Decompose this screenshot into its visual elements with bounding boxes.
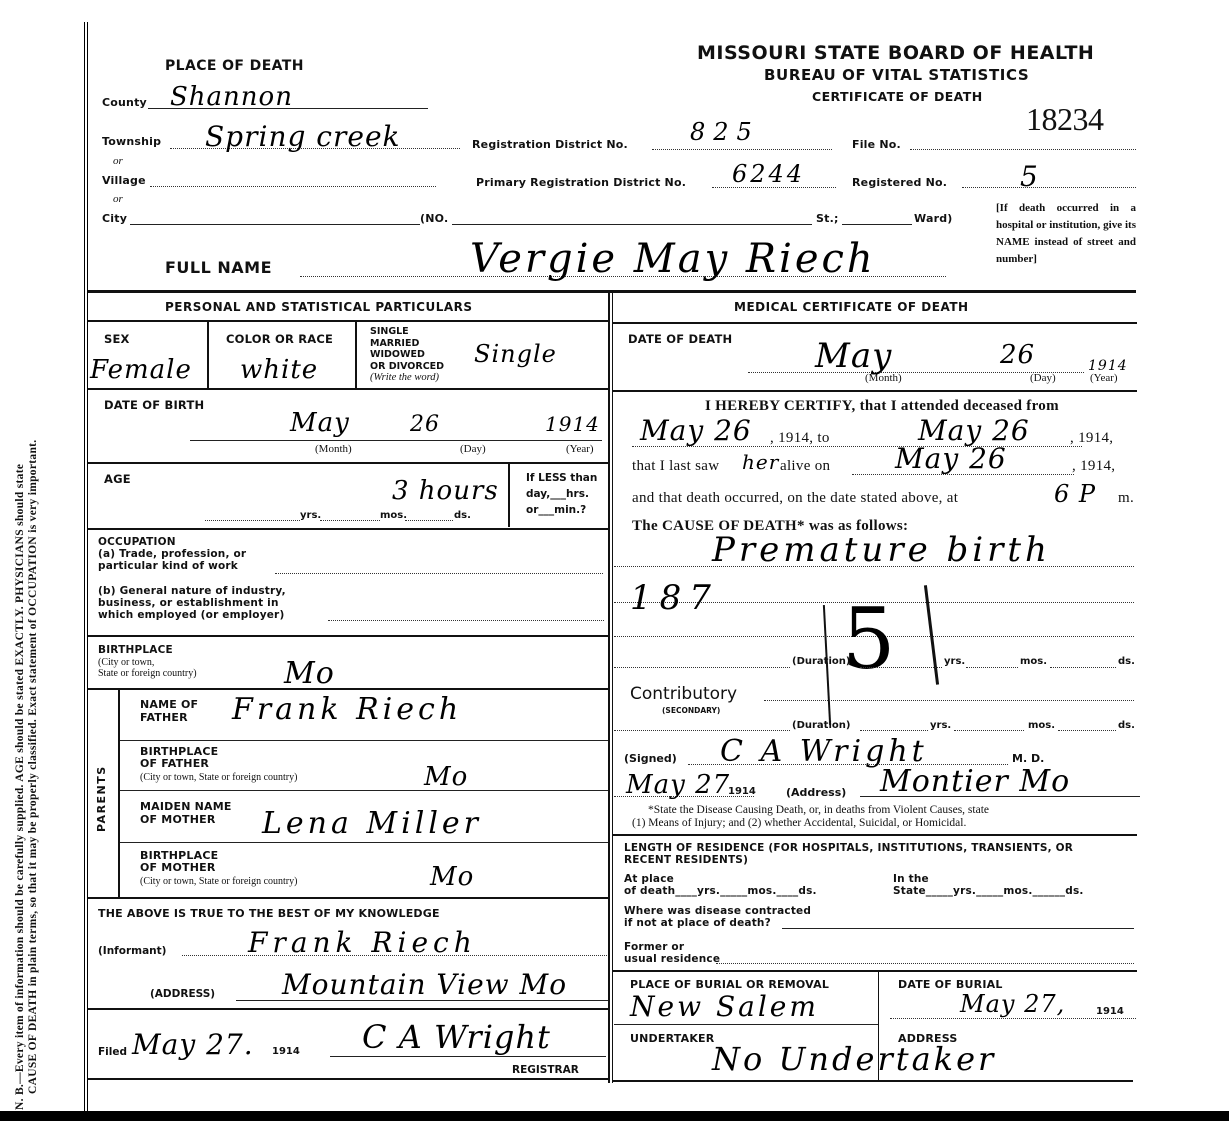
mother-label-1: MAIDEN NAME <box>140 800 232 813</box>
ward-label: Ward) <box>914 212 953 225</box>
signed-label: (Signed) <box>624 752 677 765</box>
if-less-line-2: day,___hrs. <box>526 486 597 502</box>
dob-month-hint: (Month) <box>315 443 352 455</box>
margin-code-mark: 187 <box>630 578 719 618</box>
marital-status-field[interactable]: Single <box>474 340 557 368</box>
hospital-instruction-note: [If death occurred in a hospital or inst… <box>996 200 1136 268</box>
registered-no-label: Registered No. <box>852 176 947 189</box>
township-label: Township <box>102 135 161 148</box>
age-ds-label: ds. <box>454 510 471 521</box>
contracted-label-1: Where was disease contracted <box>624 905 811 917</box>
margin-instructions-line-2: CAUSE OF DEATH in plain terms, so that i… <box>27 30 40 1110</box>
county-label: County <box>102 96 147 109</box>
mother-birthplace-label: BIRTHPLACE OF MOTHER <box>140 850 218 874</box>
father-label-2: FATHER <box>140 711 198 724</box>
registration-district-label: Registration District No. <box>472 138 628 151</box>
street-label: St.; <box>816 212 839 225</box>
industry-labels: (b) General nature of industry, business… <box>98 585 286 621</box>
at-place-label-1: At place <box>624 873 817 885</box>
if-less-line-3: or___min.? <box>526 502 597 518</box>
father-label-1: NAME OF <box>140 698 198 711</box>
cause-footnote-line-1: *State the Disease Causing Death, or, in… <box>632 804 989 817</box>
attestation-text: THE ABOVE IS TRUE TO THE BEST OF MY KNOW… <box>98 907 440 920</box>
occupation-a-line-2: particular kind of work <box>98 560 246 572</box>
dob-year-hint: (Year) <box>566 443 594 455</box>
village-label: Village <box>102 174 146 187</box>
attended-from-year: , 1914, to <box>770 430 830 447</box>
township-field[interactable]: Spring creek <box>205 120 400 153</box>
cause-of-death-field[interactable]: Premature birth <box>712 530 1051 570</box>
physician-address-label: (Address) <box>786 786 846 799</box>
in-state-label-2: State_____yrs._____mos.______ds. <box>893 885 1084 897</box>
attended-to-year: , 1914, <box>1070 430 1113 447</box>
marital-status-labels: SINGLE MARRIED WIDOWED OR DIVORCED (Writ… <box>370 326 444 384</box>
occupation-labels: OCCUPATION (a) Trade, profession, or par… <box>98 536 246 572</box>
last-saw-date-field[interactable]: May 26 <box>895 442 1007 475</box>
marital-married-label: MARRIED <box>370 338 444 350</box>
marital-hint: (Write the word) <box>370 372 444 384</box>
duration-yrs-label: yrs. <box>944 656 965 667</box>
filed-label: Filed <box>98 1046 127 1058</box>
dob-day-hint: (Day) <box>460 443 486 455</box>
if-less-than-day-note: If LESS than day,___hrs. or___min.? <box>526 470 597 518</box>
informant-address-field[interactable]: Mountain View Mo <box>282 968 567 1001</box>
father-bp-label-2: OF FATHER <box>140 758 218 770</box>
residence-at-place[interactable]: At place of death____yrs._____mos.____ds… <box>624 873 817 897</box>
father-birthplace-field[interactable]: Mo <box>424 762 468 792</box>
former-label-2: usual residence <box>624 953 720 965</box>
physician-sign-date-field[interactable]: May 27 <box>626 770 730 800</box>
last-saw-prefix: that I last saw <box>632 458 719 475</box>
parents-section-label: PARENTS <box>95 765 108 832</box>
occupation-title: OCCUPATION <box>98 536 246 548</box>
residence-length-title: LENGTH OF RESIDENCE (FOR HOSPITALS, INST… <box>624 842 1073 866</box>
certificate-number: 18234 <box>1026 101 1104 138</box>
former-residence-field[interactable] <box>716 963 1134 964</box>
full-name-label: FULL NAME <box>165 258 272 277</box>
burial-date-field[interactable]: May 27, <box>960 990 1065 1018</box>
duration-label: (Duration) <box>792 656 850 667</box>
place-of-death-title: PLACE OF DEATH <box>165 58 304 74</box>
birthplace-field[interactable]: Mo <box>284 656 335 691</box>
primary-registration-field[interactable]: 6244 <box>732 160 805 188</box>
medical-certificate-title: MEDICAL CERTIFICATE OF DEATH <box>734 300 969 314</box>
death-occurred-text: and that death occurred, on the date sta… <box>632 490 958 507</box>
margin-instructions-line-1: N. B.—Every item of information should b… <box>14 30 27 1110</box>
mother-bp-label-2: OF MOTHER <box>140 862 218 874</box>
contributory-mos-label: mos. <box>1028 720 1055 731</box>
sex-field[interactable]: Female <box>90 355 192 385</box>
birthplace-hint: (City or town, State or foreign country) <box>98 657 197 679</box>
disease-contracted-field[interactable] <box>782 928 1134 929</box>
agency-title: MISSOURI STATE BOARD OF HEALTH <box>697 42 1094 64</box>
dod-year-hint: (Year) <box>1090 372 1118 384</box>
registrar-label: REGISTRAR <box>512 1064 579 1076</box>
mother-birthplace-field[interactable]: Mo <box>430 862 474 892</box>
margin-instructions: N. B.—Every item of information should b… <box>14 30 40 1110</box>
bureau-title: BUREAU OF VITAL STATISTICS <box>764 66 1029 84</box>
duration-ds-label: ds. <box>1118 656 1135 667</box>
filed-year: 1914 <box>272 1046 300 1057</box>
death-time-suffix: m. <box>1118 490 1134 507</box>
contributory-duration-label: (Duration) <box>792 720 850 731</box>
street-no-label: (NO. <box>420 212 448 225</box>
contributory-label: Contributory <box>630 684 737 704</box>
form-title: CERTIFICATE OF DEATH <box>812 89 983 104</box>
birthplace-label: BIRTHPLACE <box>98 644 173 656</box>
at-place-label-2: of death____yrs._____mos.____ds. <box>624 885 817 897</box>
birthplace-hint-1: (City or town, <box>98 657 197 668</box>
race-label: COLOR OR RACE <box>226 332 333 346</box>
occupation-a-line-1: (a) Trade, profession, or <box>98 548 246 560</box>
age-label: AGE <box>104 472 131 486</box>
mother-label-2: OF MOTHER <box>140 813 232 826</box>
marital-widowed-label: WIDOWED <box>370 349 444 361</box>
dod-label: DATE OF DEATH <box>628 332 732 346</box>
former-label-1: Former or <box>624 941 720 953</box>
residence-title-1: LENGTH OF RESIDENCE (FOR HOSPITALS, INST… <box>624 842 1073 854</box>
father-birthplace-hint: (City or town, State or foreign country) <box>140 772 297 783</box>
undertaker-label: UNDERTAKER <box>630 1032 714 1045</box>
mother-birthplace-hint: (City or town, State or foreign country) <box>140 876 297 887</box>
left-border-rule <box>84 22 88 1112</box>
scan-bottom-edge <box>0 1111 1229 1121</box>
dod-month-field[interactable]: May <box>815 336 892 376</box>
contributory-ds-label: ds. <box>1118 720 1135 731</box>
sex-label: SEX <box>104 332 130 346</box>
personal-particulars-title: PERSONAL AND STATISTICAL PARTICULARS <box>165 300 473 314</box>
dod-month-hint: (Month) <box>865 372 902 384</box>
county-field[interactable]: Shannon <box>170 82 293 112</box>
dob-month-field[interactable]: May <box>290 408 350 438</box>
registrar-signature[interactable]: C A Wright <box>362 1018 551 1056</box>
or-label: or <box>113 155 123 167</box>
circled-classification-code: 5 <box>842 590 896 688</box>
certify-statement: I HEREBY CERTIFY, that I attended deceas… <box>705 398 1059 415</box>
dod-day-field[interactable]: 26 <box>1000 340 1035 370</box>
last-saw-pronoun-field[interactable]: her <box>742 450 779 474</box>
marital-divorced-label: OR DIVORCED <box>370 361 444 373</box>
registered-no-field[interactable]: 5 <box>1020 160 1039 193</box>
if-less-line-1: If LESS than <box>526 470 597 486</box>
last-saw-mid: alive on <box>780 458 830 475</box>
dob-year-field[interactable]: 1914 <box>545 412 600 436</box>
registration-district-field[interactable]: 825 <box>690 118 760 146</box>
last-saw-year: , 1914, <box>1072 458 1115 475</box>
full-name-field[interactable]: Vergie May Riech <box>470 236 876 282</box>
race-field[interactable]: white <box>240 355 318 385</box>
industry-line-2: business, or establishment in <box>98 597 286 609</box>
burial-year: 1914 <box>1096 1006 1124 1017</box>
residence-in-state[interactable]: In the State_____yrs._____mos.______ds. <box>893 873 1084 897</box>
age-mos-label: mos. <box>380 510 407 521</box>
age-field[interactable]: 3 hours <box>392 476 499 506</box>
file-no-label: File No. <box>852 138 901 151</box>
industry-line-1: (b) General nature of industry, <box>98 585 286 597</box>
father-name-label: NAME OF FATHER <box>140 698 198 724</box>
dod-day-hint: (Day) <box>1030 372 1056 384</box>
physician-sign-year: 1914 <box>728 786 756 797</box>
burial-place-field[interactable]: New Salem <box>630 990 819 1023</box>
cause-footnote-line-2: (1) Means of Injury; and (2) whether Acc… <box>632 817 989 830</box>
in-state-label-1: In the <box>893 873 1084 885</box>
residence-title-2: RECENT RESIDENTS) <box>624 854 1073 866</box>
mother-maiden-name-label: MAIDEN NAME OF MOTHER <box>140 800 232 826</box>
former-residence-label: Former or usual residence <box>624 941 720 965</box>
industry-line-3: which employed (or employer) <box>98 609 286 621</box>
undertaker-field[interactable]: No Undertaker <box>712 1040 996 1078</box>
cause-footnote: *State the Disease Causing Death, or, in… <box>632 804 989 830</box>
contributory-yrs-label: yrs. <box>930 720 951 731</box>
disease-contracted-label: Where was disease contracted if not at p… <box>624 905 811 929</box>
dob-label: DATE OF BIRTH <box>104 398 204 412</box>
attended-from-field[interactable]: May 26 <box>640 414 752 447</box>
informant-field[interactable]: Frank Riech <box>248 926 477 959</box>
age-yrs-label: yrs. <box>300 510 321 521</box>
informant-label: (Informant) <box>98 945 166 957</box>
informant-address-label: (ADDRESS) <box>150 988 215 1000</box>
father-name-field[interactable]: Frank Riech <box>232 692 462 727</box>
city-label: City <box>102 212 127 225</box>
marital-single-label: SINGLE <box>370 326 444 338</box>
father-birthplace-label: BIRTHPLACE OF FATHER <box>140 746 218 770</box>
filed-date-field[interactable]: May 27. <box>132 1028 254 1061</box>
secondary-label: (SECONDARY) <box>662 706 720 715</box>
duration-mos-label: mos. <box>1020 656 1047 667</box>
primary-registration-label: Primary Registration District No. <box>476 176 686 189</box>
or-label-2: or <box>113 193 123 205</box>
dob-day-field[interactable]: 26 <box>410 412 440 437</box>
birthplace-hint-2: State or foreign country) <box>98 668 197 679</box>
physician-address-field[interactable]: Montier Mo <box>880 764 1070 799</box>
mother-maiden-name-field[interactable]: Lena Miller <box>262 806 482 841</box>
death-time-field[interactable]: 6 P <box>1054 480 1096 508</box>
